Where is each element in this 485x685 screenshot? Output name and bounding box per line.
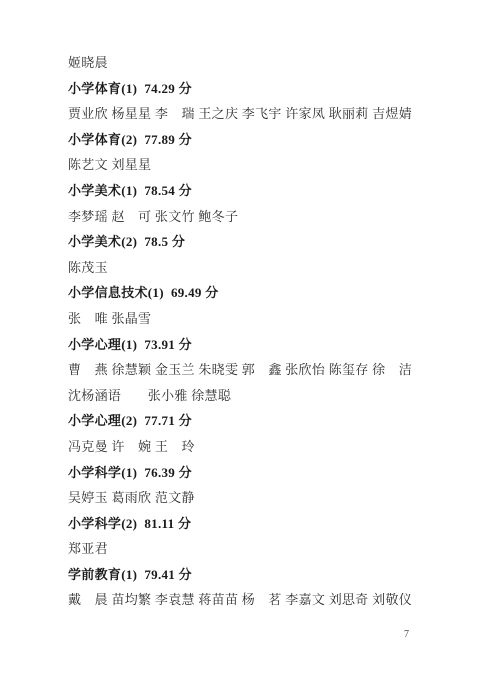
candidate-names-line: 曹 燕 徐慧颖 金玉兰 朱晓雯 郭 鑫 张欣怡 陈玺存 徐 洁 bbox=[68, 357, 448, 383]
course-score-line: 小学美术(2) 78.5 分 bbox=[68, 229, 448, 255]
candidate-names-line: 郑亚君 bbox=[68, 536, 448, 562]
page-number: 7 bbox=[404, 628, 409, 642]
candidate-names-line: 李梦瑶 赵 可 张文竹 鲍冬子 bbox=[68, 204, 448, 230]
candidate-names-line: 姬晓晨 bbox=[68, 50, 448, 76]
candidate-names-line: 贾业欣 杨星星 李 瑞 王之庆 李飞宇 许家凤 耿丽莉 吉煜婧 bbox=[68, 101, 448, 127]
candidate-names-line: 陈茂玉 bbox=[68, 255, 448, 281]
candidate-names-line: 吴婷玉 葛雨欣 范文静 bbox=[68, 485, 448, 511]
course-score-line: 学前教育(1) 79.41 分 bbox=[68, 562, 448, 588]
document-page: 姬晓晨小学体育(1) 74.29 分贾业欣 杨星星 李 瑞 王之庆 李飞宇 许家… bbox=[0, 0, 485, 685]
course-score-line: 小学心理(2) 77.71 分 bbox=[68, 408, 448, 434]
page-content: 姬晓晨小学体育(1) 74.29 分贾业欣 杨星星 李 瑞 王之庆 李飞宇 许家… bbox=[68, 50, 448, 613]
course-score-line: 小学体育(2) 77.89 分 bbox=[68, 127, 448, 153]
candidate-names-line: 冯克曼 许 婉 王 玲 bbox=[68, 434, 448, 460]
course-score-line: 小学信息技术(1) 69.49 分 bbox=[68, 280, 448, 306]
candidate-names-line: 张 唯 张晶雪 bbox=[68, 306, 448, 332]
course-score-line: 小学科学(2) 81.11 分 bbox=[68, 511, 448, 537]
course-score-line: 小学体育(1) 74.29 分 bbox=[68, 76, 448, 102]
candidate-names-line: 沈杨涵语 张小雅 徐慧聪 bbox=[68, 383, 448, 409]
course-score-line: 小学科学(1) 76.39 分 bbox=[68, 460, 448, 486]
candidate-names-line: 陈艺文 刘星星 bbox=[68, 152, 448, 178]
candidate-names-line: 戴 晨 苗均繁 李袁慧 蒋苗苗 杨 茗 李嘉文 刘思奇 刘敬仪 bbox=[68, 587, 448, 613]
course-score-line: 小学心理(1) 73.91 分 bbox=[68, 332, 448, 358]
course-score-line: 小学美术(1) 78.54 分 bbox=[68, 178, 448, 204]
